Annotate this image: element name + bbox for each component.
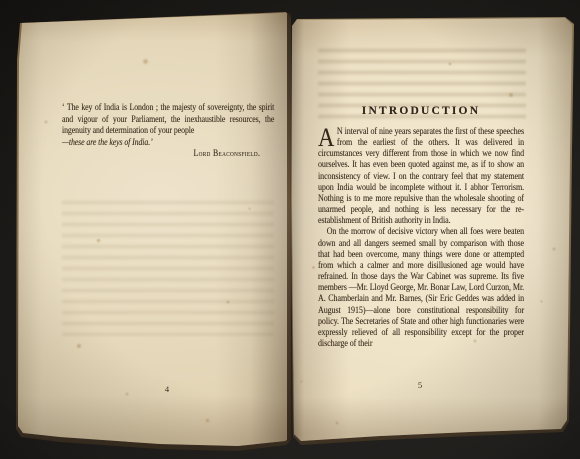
foxing-spot bbox=[248, 207, 251, 210]
foxing-spot bbox=[44, 120, 48, 124]
foxing-spot bbox=[540, 300, 543, 303]
quotation-attribution: Lord Beaconsfield. bbox=[62, 148, 274, 160]
foxing-spot bbox=[448, 62, 452, 66]
foxing-spot bbox=[96, 238, 101, 243]
body-paragraph-2: On the morrow of decisive victory when a… bbox=[318, 226, 524, 349]
gutter-shadow bbox=[287, 13, 291, 441]
foxing-spot bbox=[125, 392, 129, 396]
foxing-spot bbox=[300, 380, 303, 383]
paragraph-1-text: N interval of nine years separates the f… bbox=[318, 126, 524, 225]
quotation-text: ‘ The key of India is London ; the majes… bbox=[62, 102, 274, 135]
introduction-text: AN interval of nine years separates the … bbox=[318, 126, 524, 349]
quotation-italic-text: —these are the keys of India.’ bbox=[62, 137, 274, 149]
right-page-number: 5 bbox=[412, 380, 428, 390]
chapter-heading: INTRODUCTION bbox=[318, 106, 524, 118]
foxing-spot bbox=[76, 343, 82, 349]
foxing-spot bbox=[508, 92, 514, 98]
foxing-spot bbox=[335, 421, 339, 425]
body-paragraph-1: AN interval of nine years separates the … bbox=[318, 126, 524, 226]
foxing-spot bbox=[205, 418, 210, 423]
drop-cap: A bbox=[318, 126, 337, 148]
foxing-spot bbox=[226, 300, 230, 304]
show-through-text-left bbox=[62, 196, 274, 336]
foxing-spot bbox=[552, 247, 556, 251]
red-speck bbox=[312, 266, 315, 269]
left-page-number: 4 bbox=[158, 384, 176, 394]
quotation: ‘ The key of India is London ; the majes… bbox=[62, 102, 274, 160]
book-photo: ‘ The key of India is London ; the majes… bbox=[0, 0, 580, 459]
foxing-spot bbox=[142, 58, 149, 65]
